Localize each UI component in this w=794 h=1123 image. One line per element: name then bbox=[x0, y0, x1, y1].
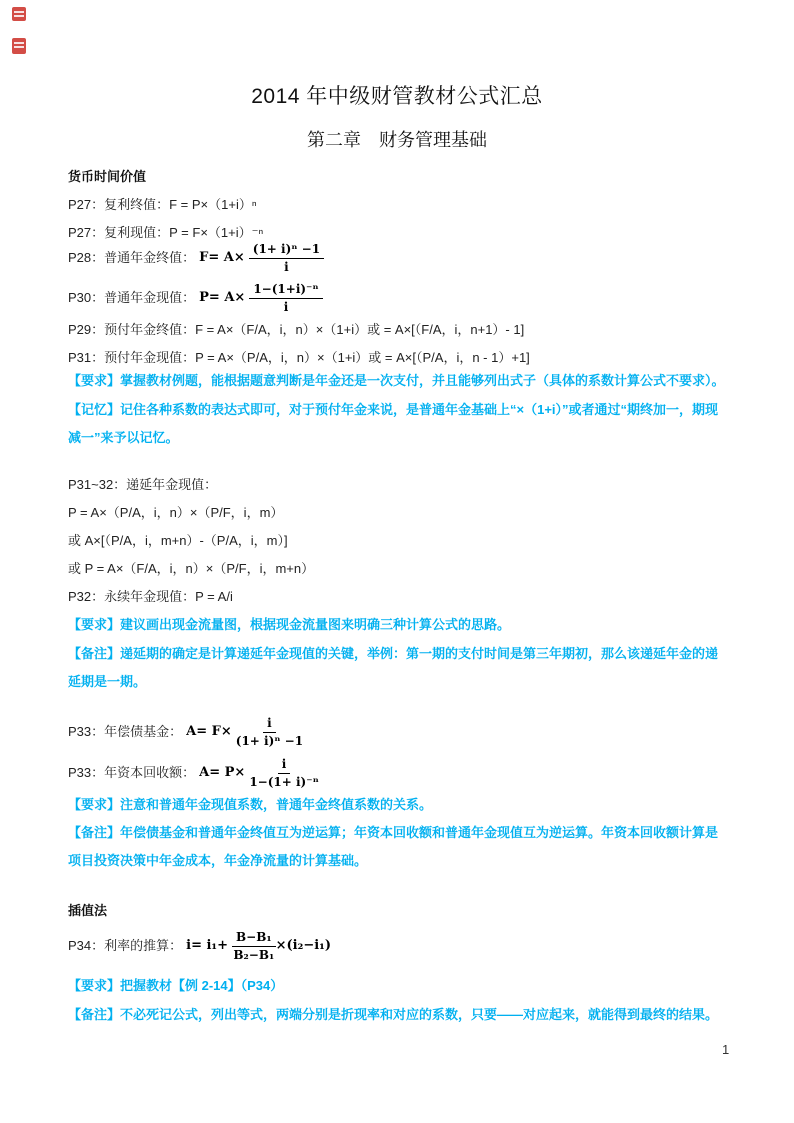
annuity-fv-formula: F= A× (1+ i)ⁿ −1 i bbox=[199, 242, 324, 274]
formula-row-p30: P30：普通年金现值： P= A× 1−(1+i)⁻ⁿ i bbox=[68, 278, 323, 318]
formula-line-p27-fv: P27：复利终值：F = P×（1+i）ⁿ bbox=[68, 196, 257, 214]
fraction-numerator: i bbox=[263, 716, 276, 732]
sinking-fund-formula: A= F× i (1+ i)ⁿ −1 bbox=[186, 716, 303, 748]
formula-lhs: F= A× bbox=[199, 249, 245, 267]
formula-line-p32: P32：永续年金现值：P = A/i bbox=[68, 588, 233, 606]
fraction-numerator: i bbox=[278, 757, 291, 773]
annuity-pv-formula: P= A× 1−(1+i)⁻ⁿ i bbox=[199, 282, 322, 314]
formula-label: P34：利率的推算： bbox=[68, 937, 182, 955]
fraction-denominator: B₂−B₁ bbox=[233, 947, 274, 962]
formula-tail: ×(i₂−i₁) bbox=[276, 937, 331, 955]
fraction-numerator: B−B₁ bbox=[232, 930, 276, 946]
deferred-formula-3: 或 P = A×（F/A，i，n）×（P/F，i，m+n） bbox=[68, 560, 314, 578]
requirement-note: 【要求】注意和普通年金现值系数，普通年金终值系数的关系。 bbox=[68, 796, 432, 814]
fraction-numerator: (1+ i)ⁿ −1 bbox=[249, 242, 324, 258]
requirement-note: 【要求】建议画出现金流量图，根据现金流量图来明确三种计算公式的思路。 bbox=[68, 616, 510, 634]
formula-label: P33：年资本回收额： bbox=[68, 764, 195, 782]
deferred-formula-2: 或 A×[（P/A，i，m+n）-（P/A，i，m）] bbox=[68, 532, 288, 550]
red-stamp-icon bbox=[12, 38, 26, 54]
formula-lhs: P= A× bbox=[199, 289, 245, 307]
formula-lead: i= i₁+ bbox=[186, 937, 228, 955]
requirement-note: 【要求】把握教材【例 2-14】（P34） bbox=[68, 977, 283, 995]
remark-note: 【备注】年偿债基金和普通年金终值互为逆运算；年资本回收额和普通年金现值互为逆运算… bbox=[68, 819, 730, 875]
page-title: 2014 年中级财管教材公式汇总 bbox=[0, 80, 794, 110]
fraction-denominator: 1−(1+ i)⁻ⁿ bbox=[249, 774, 318, 789]
fraction: i (1+ i)ⁿ −1 bbox=[236, 716, 303, 748]
red-stamp-icon bbox=[12, 7, 26, 21]
formula-lhs: A= P× bbox=[199, 764, 245, 782]
document-page: 2014 年中级财管教材公式汇总 第二章 财务管理基础 货币时间价值 P27：复… bbox=[0, 0, 794, 1123]
section-heading-interpolation: 插值法 bbox=[68, 900, 107, 919]
remark-note: 【备注】不必死记公式，列出等式，两端分别是折现率和对应的系数，只要——对应起来，… bbox=[68, 1001, 730, 1029]
formula-lhs: A= F× bbox=[186, 723, 232, 741]
formula-label: P30：普通年金现值： bbox=[68, 289, 195, 307]
section-heading-time-value: 货币时间价值 bbox=[68, 166, 146, 185]
chapter-subtitle: 第二章 财务管理基础 bbox=[0, 126, 794, 152]
capital-recovery-formula: A= P× i 1−(1+ i)⁻ⁿ bbox=[199, 757, 319, 789]
formula-row-p34: P34：利率的推算： i= i₁+ B−B₁ B₂−B₁ ×(i₂−i₁) bbox=[68, 926, 331, 966]
formula-label: P33：年偿债基金： bbox=[68, 723, 182, 741]
fraction: B−B₁ B₂−B₁ bbox=[232, 930, 276, 962]
fraction: i 1−(1+ i)⁻ⁿ bbox=[249, 757, 318, 789]
fraction-numerator: 1−(1+i)⁻ⁿ bbox=[249, 282, 322, 298]
formula-label: P28：普通年金终值： bbox=[68, 249, 195, 267]
formula-line-p31: P31：预付年金现值：P = A×（P/A，i，n）×（1+i）或 = A×[（… bbox=[68, 349, 530, 367]
formula-line-p29: P29：预付年金终值：F = A×（F/A，i，n）×（1+i）或 = A×[（… bbox=[68, 321, 524, 339]
fraction: (1+ i)ⁿ −1 i bbox=[249, 242, 324, 274]
formula-row-p28: P28：普通年金终值： F= A× (1+ i)ⁿ −1 i bbox=[68, 238, 324, 278]
deferred-annuity-heading: P31~32：递延年金现值： bbox=[68, 476, 217, 494]
formula-row-p33-capital-recovery: P33：年资本回收额： A= P× i 1−(1+ i)⁻ⁿ bbox=[68, 753, 319, 793]
memory-note: 【记忆】记住各种系数的表达式即可，对于预付年金来说，是普通年金基础上“×（1+i… bbox=[68, 396, 730, 452]
requirement-note: 【要求】掌握教材例题，能根据题意判断是年金还是一次支付，并且能够列出式子（具体的… bbox=[68, 372, 725, 390]
fraction: 1−(1+i)⁻ⁿ i bbox=[249, 282, 322, 314]
fraction-denominator: i bbox=[284, 299, 289, 314]
fraction-denominator: (1+ i)ⁿ −1 bbox=[236, 733, 303, 748]
deferred-formula-1: P = A×（P/A，i，n）×（P/F，i，m） bbox=[68, 504, 283, 522]
remark-note: 【备注】递延期的确定是计算递延年金现值的关键，举例：第一期的支付时间是第三年期初… bbox=[68, 640, 730, 696]
interpolation-formula: i= i₁+ B−B₁ B₂−B₁ ×(i₂−i₁) bbox=[186, 930, 331, 962]
fraction-denominator: i bbox=[284, 259, 289, 274]
formula-row-p33-sinking-fund: P33：年偿债基金： A= F× i (1+ i)ⁿ −1 bbox=[68, 712, 303, 752]
page-number: 1 bbox=[722, 1042, 729, 1057]
